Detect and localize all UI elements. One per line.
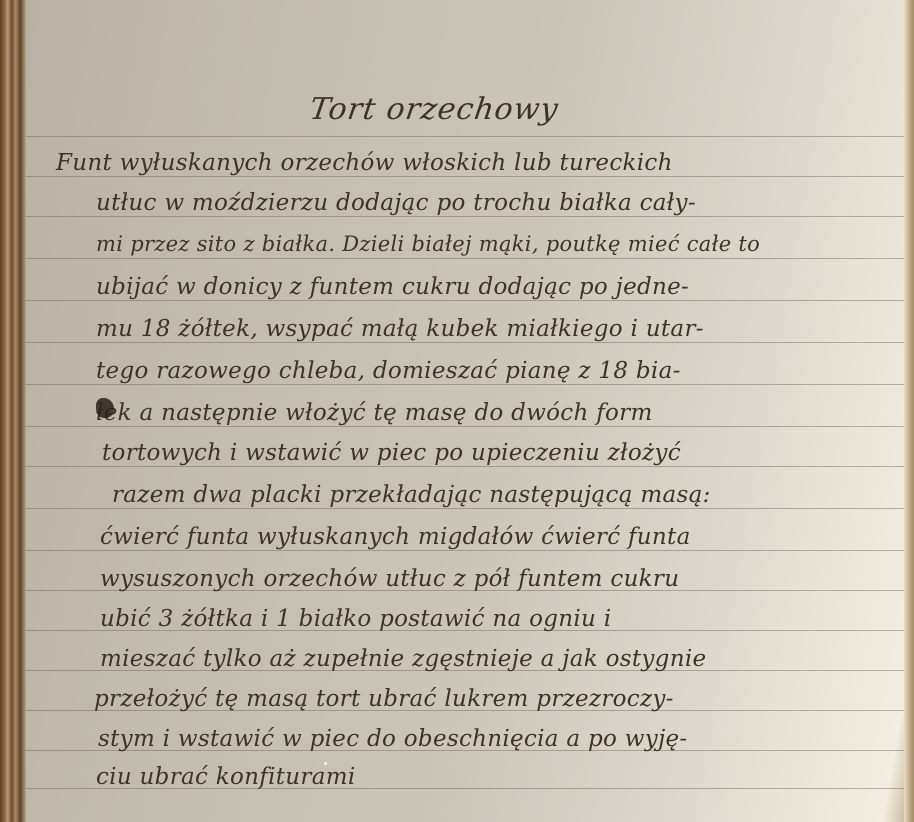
ruled-line [26,216,904,217]
text-line: mu 18 żółtek, wsypać małą kubek miałkieg… [96,316,704,342]
text-line: mieszać tylko aż zupełnie zgęstnieje a j… [100,646,706,672]
ruled-line [26,176,904,177]
text-line: utłuc w moździerzu dodając po trochu bia… [96,190,696,216]
ruled-line [26,342,904,343]
text-line: wysuszonych orzechów utłuc z pół funtem … [100,566,679,592]
recipe-title: Tort orzechowy [308,92,561,127]
text-line: stym i wstawić w piec do obeschnięcia a … [98,726,688,752]
ruled-line [26,426,904,427]
notebook-page: Tort orzechowy Funt wyłuskanych orzechów… [0,0,914,822]
text-line: mi przez sito z białka. Dzieli białej mą… [96,232,760,256]
ruled-line [26,466,904,467]
text-line: razem dwa placki przekładając następując… [112,482,711,508]
text-line: łek a następnie włożyć tę masę do dwóch … [96,400,653,426]
text-line: Funt wyłuskanych orzechów włoskich lub t… [56,150,673,176]
ruled-line [26,136,904,137]
ruled-line [26,550,904,551]
text-line: ubijać w donicy z funtem cukru dodając p… [96,274,689,300]
ruled-line [26,300,904,301]
text-line: przełożyć tę masą tort ubrać lukrem prze… [94,686,674,712]
ruled-line [26,508,904,509]
text-line: ciu ubrać konfiturami [96,764,356,790]
ink-blot [96,398,114,418]
paper-speck [324,762,327,765]
text-line: tortowych i wstawić w piec po upieczeniu… [102,440,681,466]
page-edge [904,0,914,822]
notebook-binding [0,0,26,822]
text-line: ubić 3 żółtka i 1 białko postawić na ogn… [100,606,611,632]
ruled-line [26,384,904,385]
text-line: ćwierć funta wyłuskanych migdałów ćwierć… [100,524,691,550]
ruled-line [26,258,904,259]
text-line: tego razowego chleba, domieszać pianę z … [96,358,681,384]
